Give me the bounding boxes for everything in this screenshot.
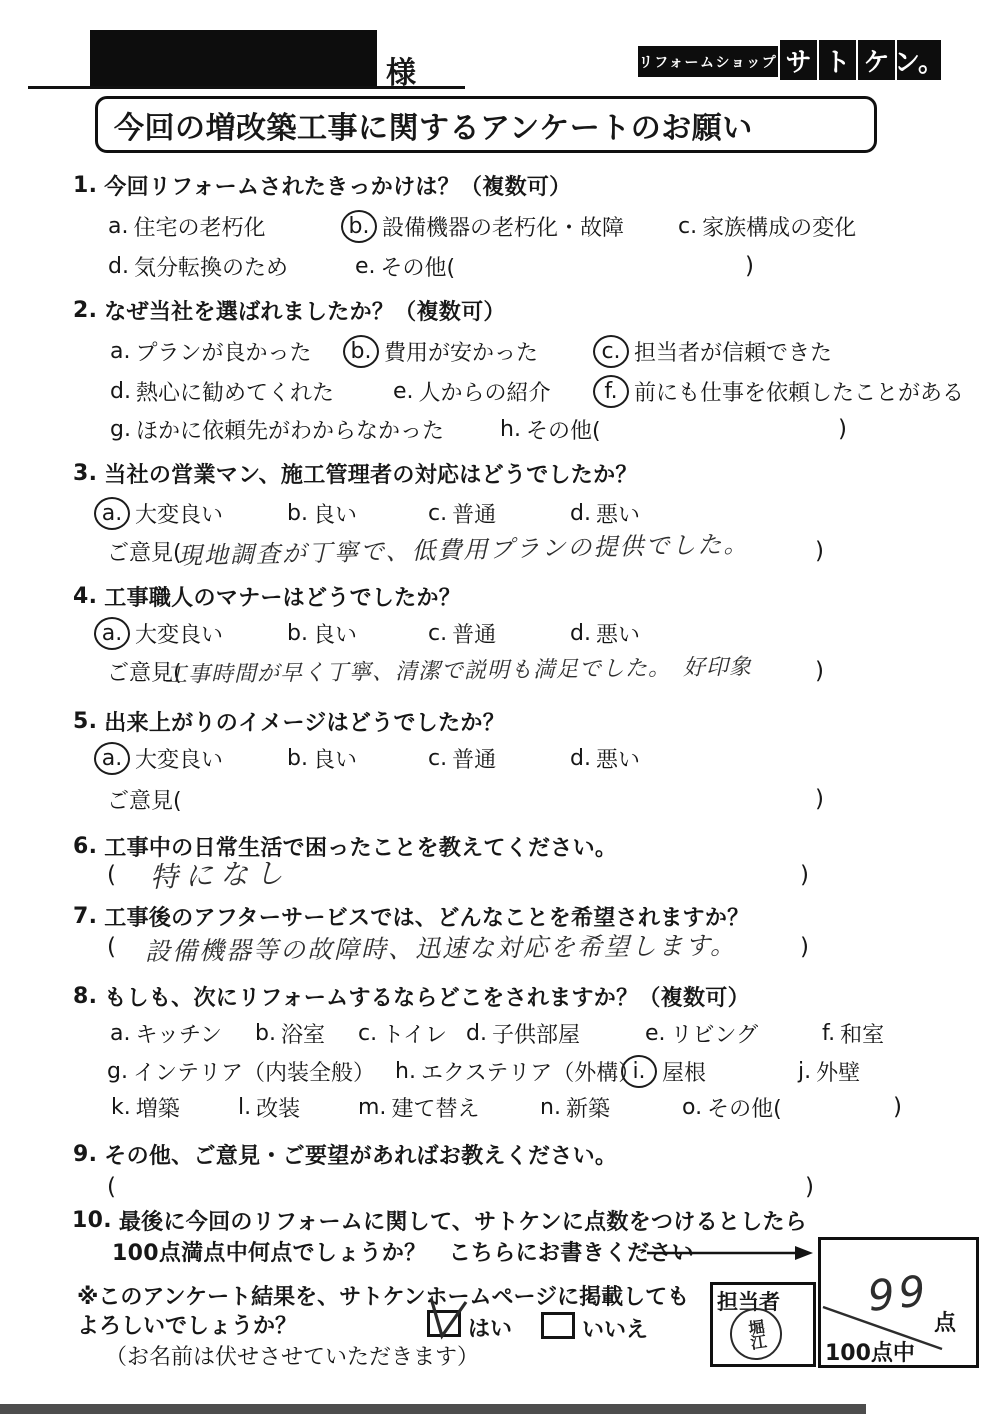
- option-q2-a: a.プランが良かった: [110, 334, 312, 368]
- answer-circle: a.: [94, 497, 130, 530]
- option-q4-a-circled: a.大変良い: [98, 616, 223, 650]
- logo-char: サ: [780, 40, 817, 80]
- close-paren: ): [815, 782, 824, 816]
- name-underline: [28, 86, 465, 89]
- option-q8-e: e.リビング: [645, 1016, 758, 1050]
- option-q4-d: d.悪い: [570, 616, 640, 650]
- option-q1-d: d.気分転換のため: [108, 249, 288, 283]
- answer-circle: a.: [94, 617, 130, 650]
- option-q5-c: c.普通: [428, 741, 496, 775]
- option-q8-i-circled: i.屋根: [625, 1054, 706, 1088]
- option-q8-l: l.改装: [238, 1090, 300, 1124]
- publish-consent-line2: よろしいでしょうか？: [77, 1309, 297, 1340]
- option-q4-b: b.良い: [287, 616, 357, 650]
- option-q8-d: d.子供部屋: [466, 1016, 580, 1050]
- label-no: いいえ: [582, 1313, 648, 1344]
- option-q8-f: f.和室: [822, 1016, 884, 1050]
- option-q5-a-circled: a.大変良い: [98, 741, 223, 775]
- question-1: 1.今回リフォームされたきっかけは？（複数可）: [73, 170, 571, 200]
- check-icon: [423, 1288, 473, 1343]
- handwritten-answer-q6: 特になし: [149, 851, 290, 896]
- close-paren: ): [893, 1090, 902, 1124]
- option-q5-b: b.良い: [287, 741, 357, 775]
- question-10-line1: 10.最後に今回のリフォームに関して、サトケンに点数をつけるとしたら: [72, 1205, 807, 1235]
- score-base-label: 100点中: [825, 1336, 915, 1367]
- publish-consent-note: （お名前は伏せさせていただきます）: [105, 1340, 479, 1371]
- open-paren: (: [107, 930, 116, 964]
- answer-circle: b.: [341, 210, 377, 243]
- option-q2-c-circled: c.担当者が信頼できた: [597, 334, 832, 368]
- form-title: 今回の増改築工事に関するアンケートのお願い: [98, 103, 753, 147]
- handwritten-opinion-q4: 工事時間が早く丁寧、清潔で説明も満足でした。 好印象: [165, 650, 752, 689]
- option-q3-a-circled: a.大変良い: [98, 496, 223, 530]
- question-4: 4.工事職人のマナーはどうでしたか？: [73, 581, 461, 611]
- logo-char: ケ: [858, 40, 895, 80]
- question-8: 8.もしも、次にリフォームするならどこをされますか？（複数可）: [73, 981, 750, 1011]
- question-9: 9.その他、ご意見・ご要望があればお教えください。: [73, 1139, 617, 1169]
- option-q8-j: j.外壁: [798, 1054, 860, 1088]
- answer-circle: a.: [94, 742, 130, 775]
- handwritten-opinion-q3: 現地調査が丁寧で、低費用プランの提供でした。: [178, 524, 750, 571]
- checkbox-no: [541, 1312, 575, 1339]
- close-paren: ): [800, 858, 809, 892]
- option-q4-c: c.普通: [428, 616, 496, 650]
- option-q2-d: d.熱心に勧めてくれた: [110, 374, 334, 408]
- logo-satoken: サ ト ケ ン。: [780, 40, 941, 80]
- option-q2-e: e.人からの紹介: [393, 374, 551, 408]
- option-q2-f-circled: f.前にも仕事を依頼したことがある: [597, 374, 964, 408]
- option-q3-c: c.普通: [428, 496, 496, 530]
- option-q8-o-other: o.その他(: [682, 1090, 782, 1124]
- option-q8-a: a.キッチン: [110, 1016, 222, 1050]
- option-q8-g: g.インテリア（内装全般）: [107, 1054, 375, 1088]
- option-q2-h-other: h.その他(: [500, 412, 601, 446]
- close-paren: ): [745, 249, 754, 283]
- publish-consent-line1: ※このアンケート結果を、サトケンホームページに掲載しても: [77, 1280, 689, 1311]
- close-paren: ): [800, 930, 809, 964]
- option-q8-b: b.浴室: [255, 1016, 325, 1050]
- question-2: 2.なぜ当社を選ばれましたか？（複数可）: [73, 295, 506, 325]
- option-q8-m: m.建て替え: [358, 1090, 479, 1124]
- option-q1-a: a.住宅の老朽化: [108, 209, 266, 243]
- form-title-box: 今回の増改築工事に関するアンケートのお願い: [95, 96, 877, 153]
- arrow-icon: [645, 1243, 815, 1263]
- option-q5-d: d.悪い: [570, 741, 640, 775]
- question-10-line2: 100点満点中何点でしょうか？ こちらにお書きください: [112, 1236, 694, 1266]
- option-q8-k: k.増築: [111, 1090, 180, 1124]
- option-q8-n: n.新築: [540, 1090, 610, 1124]
- question-5: 5.出来上がりのイメージはどうでしたか？: [73, 706, 505, 736]
- logo-char: ト: [819, 40, 856, 80]
- option-q8-h: h.エクステリア（外構）: [395, 1054, 640, 1088]
- close-paren: ): [815, 534, 824, 568]
- open-paren: (: [107, 858, 116, 892]
- close-paren: ): [805, 1170, 814, 1204]
- option-q3-b: b.良い: [287, 496, 357, 530]
- scan-edge-artifact: [0, 1404, 866, 1414]
- option-q8-c: c.トイレ: [358, 1016, 447, 1050]
- logo-prefix: リフォームショップ: [638, 46, 778, 77]
- answer-circle: f.: [593, 375, 629, 408]
- open-paren: (: [107, 1170, 116, 1204]
- question-3: 3.当社の営業マン、施工管理者の対応はどうでしたか？: [73, 458, 638, 488]
- answer-circle: c.: [593, 335, 629, 368]
- option-q2-b-circled: b.費用が安かった: [347, 334, 538, 368]
- label-yes: はい: [468, 1312, 512, 1343]
- close-paren: ): [838, 412, 847, 446]
- handwritten-answer-q7: 設備機器等の故障時、迅速な対応を希望します。: [145, 926, 737, 968]
- scanned-survey-page: { "header": { "name_suffix": "様", "logo"…: [0, 0, 1000, 1414]
- logo-char: ン。: [897, 40, 941, 80]
- option-q1-b-circled: b.設備機器の老朽化・故障: [345, 209, 624, 243]
- option-q1-e-other: e.その他(: [355, 249, 455, 283]
- answer-circle: b.: [343, 335, 379, 368]
- option-q2-g: g.ほかに依頼先がわからなかった: [110, 412, 444, 446]
- option-q3-d: d.悪い: [570, 496, 640, 530]
- opinion-label-q5: ご意見(: [107, 782, 182, 816]
- redacted-name-box: [90, 30, 377, 87]
- answer-circle: i.: [621, 1055, 657, 1088]
- opinion-label-q3: ご意見(: [107, 534, 182, 568]
- option-q1-c: c.家族構成の変化: [678, 209, 856, 243]
- close-paren: ): [815, 654, 824, 688]
